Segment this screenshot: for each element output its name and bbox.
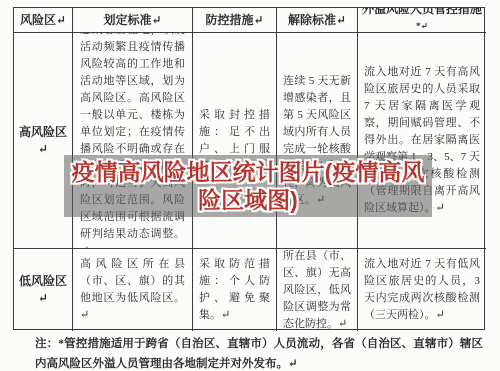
scanned-document-page: { "table": { "headers": { "zone": "风险区↵"…: [0, 0, 500, 371]
header-cell-criteria: 划定标准↵: [73, 8, 193, 33]
cell-low-risk-spillover: 流入地对近 7 天有低风险区旅居史的人员，3 天内完成两次核酸检测（三天两检）。…: [358, 249, 486, 331]
cell-low-risk-criteria: 高风险区所在县（市、区、旗）的其他地区为低风险区。↵: [73, 249, 193, 331]
watermark-overlay: 疫情高风险地区统计图片(疫情高风 险区域图): [64, 155, 432, 217]
header-cell-spillover: 外溢风险人员管控措施*↵: [358, 8, 486, 33]
header-label-criteria: 划定标准↵: [73, 10, 192, 31]
header-label-risk-zone: 风险区↵: [14, 10, 72, 31]
footnote-asterisk-marker: *↵: [416, 21, 428, 31]
row-low-risk-zone-label: 低风险区↵: [14, 249, 73, 331]
footnote-text: 注：*管控措施适用于跨省（自治区、直辖市）人员流动，各省（自治区、直辖市）辖区内…: [35, 334, 483, 371]
header-cell-risk-zone: 风险区↵: [14, 8, 73, 33]
watermark-text-line2: 险区域图): [198, 186, 298, 214]
cell-low-risk-release: 所在县（市、区、旗）无高风险区，低风险区调整为常态化防控。↵: [277, 249, 358, 331]
header-cell-control: 防控措施↵: [193, 8, 277, 33]
cell-low-risk-control: 采取防范措施：个人防护、避免聚集。↵: [193, 249, 277, 331]
header-label-release: 解除标准↵: [277, 10, 357, 31]
watermark-text-line1: 疫情高风险地区统计图片(疫情高风: [72, 158, 425, 186]
header-label-spillover: 外溢风险人员管控措施*↵: [358, 8, 486, 33]
header-cell-release: 解除标准↵: [277, 8, 358, 33]
header-label-control: 防控措施↵: [193, 10, 276, 31]
